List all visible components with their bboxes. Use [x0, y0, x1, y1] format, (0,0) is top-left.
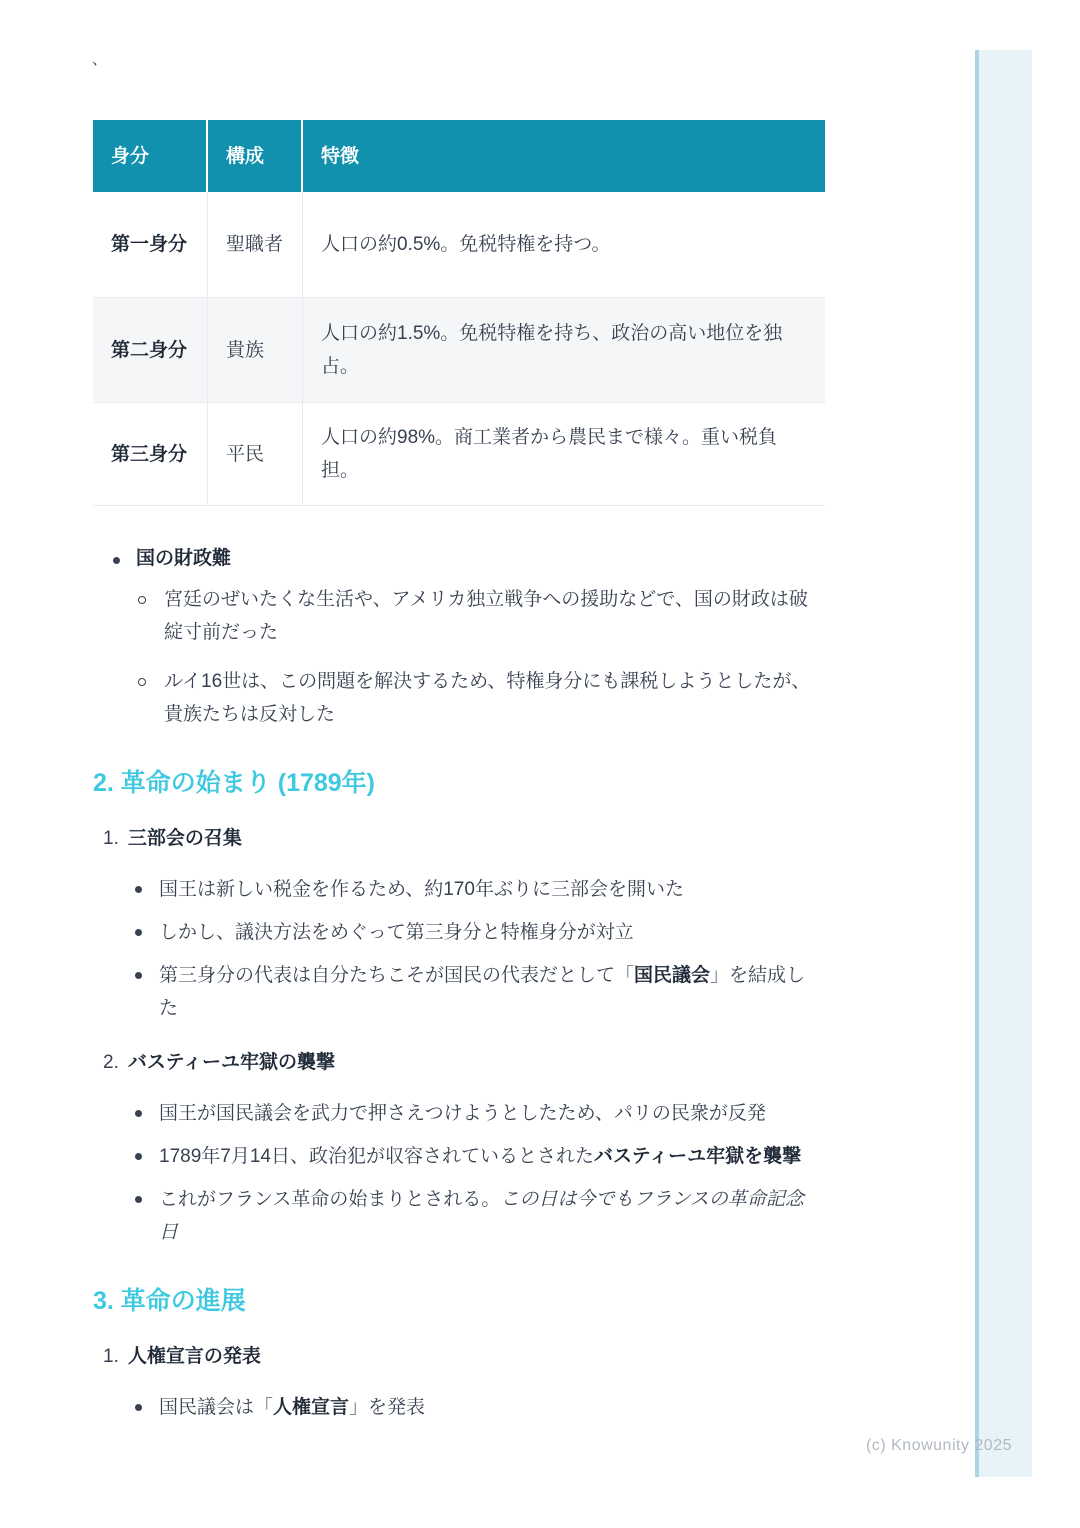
- table-cell-estate: 第一身分: [93, 192, 208, 298]
- table-cell-feature: 人口の約1.5%。免税特権を持ち、政治の高い地位を独占。: [303, 298, 825, 403]
- text-segment: これがフランス革命の始まりとされる。: [159, 1189, 500, 1210]
- table-header-status: 身分: [93, 120, 208, 192]
- stray-mark: 、: [92, 48, 107, 69]
- list-item: 国王が国民議会を武力で押さえつけようとしたため、パリの民衆が反発: [135, 1097, 825, 1130]
- table-header-row: 身分 構成 特徴: [93, 120, 825, 192]
- document-page: 、 (c) Knowunity 2025 身分 構成 特徴 第一身分 聖職者 人…: [0, 0, 1080, 1528]
- circle-bullet-icon: [138, 678, 146, 686]
- list-item: これがフランス革命の始まりとされる。この日は今でもフランスの革命記念日: [135, 1183, 825, 1249]
- list-item: 国王は新しい税金を作るため、約170年ぶりに三部会を開いた: [135, 873, 825, 906]
- table-cell-estate: 第三身分: [93, 403, 208, 506]
- circle-bullet-icon: [138, 596, 146, 604]
- sub-list-item: ルイ16世は、この問題を解決するため、特権身分にも課税しようとしたが、貴族たちは…: [138, 665, 825, 731]
- item-number: 1.: [103, 1343, 119, 1371]
- list-item-text: しかし、議決方法をめぐって第三身分と特権身分が対立: [159, 916, 816, 949]
- text-segment: 」を発表: [349, 1397, 425, 1418]
- numbered-item-bastille: 2. バスティーユ牢獄の襲撃: [93, 1049, 825, 1077]
- table-cell-feature: 人口の約0.5%。免税特権を持つ。: [303, 192, 825, 298]
- item-title: 三部会の召集: [128, 825, 242, 853]
- text-segment: 第三身分の代表は自分たちこそが国民の代表だとして「: [159, 965, 634, 986]
- bullet-icon: [135, 1404, 142, 1411]
- sub-list-item: 宮廷のぜいたくな生活や、アメリカ独立戦争への援助などで、国の財政は破綻寸前だった: [138, 583, 825, 649]
- table-cell-feature: 人口の約98%。商工業者から農民まで様々。重い税負担。: [303, 403, 825, 506]
- table-cell-composition: 平民: [208, 403, 303, 506]
- list-item: しかし、議決方法をめぐって第三身分と特権身分が対立: [135, 916, 825, 949]
- list-item-text: 1789年7月14日、政治犯が収容されているとされたバスティーユ牢獄を襲撃: [159, 1140, 816, 1173]
- table-row: 第二身分 貴族 人口の約1.5%。免税特権を持ち、政治の高い地位を独占。: [93, 298, 825, 403]
- section-heading-revolution-start: 2. 革命の始まり (1789年): [93, 767, 825, 799]
- item-title: 人権宣言の発表: [128, 1343, 261, 1371]
- text-segment-bold: 国民議会: [634, 965, 710, 986]
- numbered-item-estates-general: 1. 三部会の召集: [93, 825, 825, 853]
- table-cell-composition: 聖職者: [208, 192, 303, 298]
- bullet-icon: [135, 1153, 142, 1160]
- bullet-icon: [135, 1196, 142, 1203]
- list-item: 1789年7月14日、政治犯が収容されているとされたバスティーユ牢獄を襲撃: [135, 1140, 825, 1173]
- text-segment: 1789年7月14日、政治犯が収容されているとされた: [159, 1146, 594, 1167]
- scrollbar[interactable]: [975, 50, 1032, 1477]
- watermark: (c) Knowunity 2025: [866, 1437, 1012, 1455]
- bullet-icon: [113, 557, 120, 564]
- list-item-text: 第三身分の代表は自分たちこそが国民の代表だとして「国民議会」を結成した: [159, 959, 816, 1025]
- sub-list-item-text: ルイ16世は、この問題を解決するため、特権身分にも課税しようとしたが、貴族たちは…: [164, 665, 822, 731]
- list-item-text: これがフランス革命の始まりとされる。この日は今でもフランスの革命記念日: [159, 1183, 816, 1249]
- text-segment: 国民議会は「: [159, 1397, 273, 1418]
- list-item-label: 国の財政難: [136, 545, 825, 573]
- text-segment-bold: 人権宣言: [273, 1397, 349, 1418]
- section-heading-revolution-progress: 3. 革命の進展: [93, 1285, 825, 1317]
- bullet-icon: [135, 972, 142, 979]
- item-number: 2.: [103, 1049, 119, 1077]
- item-title: バスティーユ牢獄の襲撃: [128, 1049, 335, 1077]
- list-item-text: 国王は新しい税金を作るため、約170年ぶりに三部会を開いた: [159, 873, 816, 906]
- bullet-icon: [135, 886, 142, 893]
- list-item: 国民議会は「人権宣言」を発表: [135, 1391, 825, 1424]
- table-cell-estate: 第二身分: [93, 298, 208, 403]
- list-item-text: 国王が国民議会を武力で押さえつけようとしたため、パリの民衆が反発: [159, 1097, 816, 1130]
- table-cell-composition: 貴族: [208, 298, 303, 403]
- item-number: 1.: [103, 825, 119, 853]
- table-header-feature: 特徴: [303, 120, 825, 192]
- text-segment-bold: バスティーユ牢獄を襲撃: [594, 1146, 801, 1167]
- table-row: 第一身分 聖職者 人口の約0.5%。免税特権を持つ。: [93, 192, 825, 298]
- list-item-finance-title: 国の財政難: [93, 544, 825, 573]
- sub-list-item-text: 宮廷のぜいたくな生活や、アメリカ独立戦争への援助などで、国の財政は破綻寸前だった: [164, 583, 822, 649]
- table-row: 第三身分 平民 人口の約98%。商工業者から農民まで様々。重い税負担。: [93, 403, 825, 506]
- list-item: 第三身分の代表は自分たちこそが国民の代表だとして「国民議会」を結成した: [135, 959, 825, 1025]
- document-content: 身分 構成 特徴 第一身分 聖職者 人口の約0.5%。免税特権を持つ。 第二身分…: [93, 120, 825, 1424]
- bullet-icon: [135, 929, 142, 936]
- estates-table: 身分 構成 特徴 第一身分 聖職者 人口の約0.5%。免税特権を持つ。 第二身分…: [93, 120, 825, 506]
- table-header-composition: 構成: [208, 120, 303, 192]
- list-item-text: 国民議会は「人権宣言」を発表: [159, 1391, 816, 1424]
- numbered-item-declaration: 1. 人権宣言の発表: [93, 1343, 825, 1371]
- bullet-icon: [135, 1110, 142, 1117]
